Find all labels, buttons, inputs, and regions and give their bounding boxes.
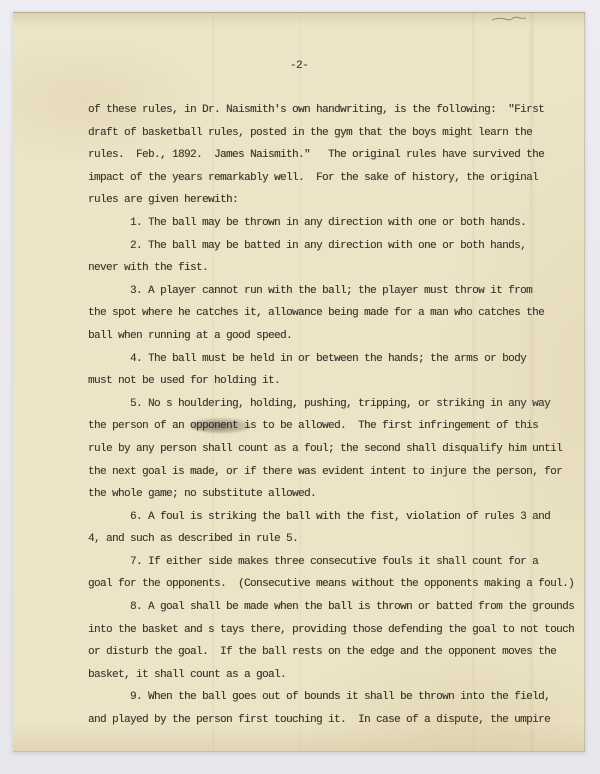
typed-line: the next goal is made, or if there was e…	[88, 461, 593, 484]
pencil-mark	[491, 15, 527, 23]
typed-line: 4, and such as described in rule 5.	[88, 528, 593, 551]
typed-line: 5. No s houldering, holding, pushing, tr…	[88, 393, 593, 416]
typed-line: of these rules, in Dr. Naismith's own ha…	[88, 99, 593, 122]
typed-line: the spot where he catches it, allowance …	[88, 302, 593, 325]
typed-line: draft of basketball rules, posted in the…	[88, 122, 593, 145]
typed-line: the whole game; no substitute allowed.	[88, 483, 593, 506]
typed-line: 6. A foul is striking the ball with the …	[88, 506, 593, 529]
typed-line: 8. A goal shall be made when the ball is…	[88, 596, 593, 619]
typed-line: basket, it shall count as a goal.	[88, 664, 593, 687]
typed-line: ball when running at a good speed.	[88, 325, 593, 348]
typed-line: must not be used for holding it.	[88, 370, 593, 393]
typed-line: goal for the opponents. (Consecutive mea…	[88, 573, 593, 596]
typed-line: 3. A player cannot run with the ball; th…	[88, 280, 593, 303]
typed-line: impact of the years remarkably well. For…	[88, 167, 593, 190]
typed-line: 7. If either side makes three consecutiv…	[88, 551, 593, 574]
typed-line: rule by any person shall count as a foul…	[88, 438, 593, 461]
typed-line: 2. The ball may be batted in any directi…	[88, 235, 593, 258]
typed-line: never with the fist.	[88, 257, 593, 280]
ink-smudge	[190, 418, 252, 433]
typed-line: 4. The ball must be held in or between t…	[88, 348, 593, 371]
typed-line: and played by the person first touching …	[88, 709, 593, 732]
typed-line: 9. When the ball goes out of bounds it s…	[88, 686, 593, 709]
typed-line: or disturb the goal. If the ball rests o…	[88, 641, 593, 664]
page-number: -2-	[13, 60, 585, 72]
typed-line: into the basket and s tays there, provid…	[88, 619, 593, 642]
document-page: -2- of these rules, in Dr. Naismith's ow…	[13, 12, 585, 752]
typed-line: rules are given herewith:	[88, 189, 593, 212]
typed-line: 1. The ball may be thrown in any directi…	[88, 212, 593, 235]
typed-line: rules. Feb., 1892. James Naismith." The …	[88, 144, 593, 167]
typed-line: the person of an opponent is to be allow…	[88, 415, 593, 438]
typed-text-block: of these rules, in Dr. Naismith's own ha…	[88, 99, 593, 732]
scan-background: -2- of these rules, in Dr. Naismith's ow…	[0, 0, 600, 774]
